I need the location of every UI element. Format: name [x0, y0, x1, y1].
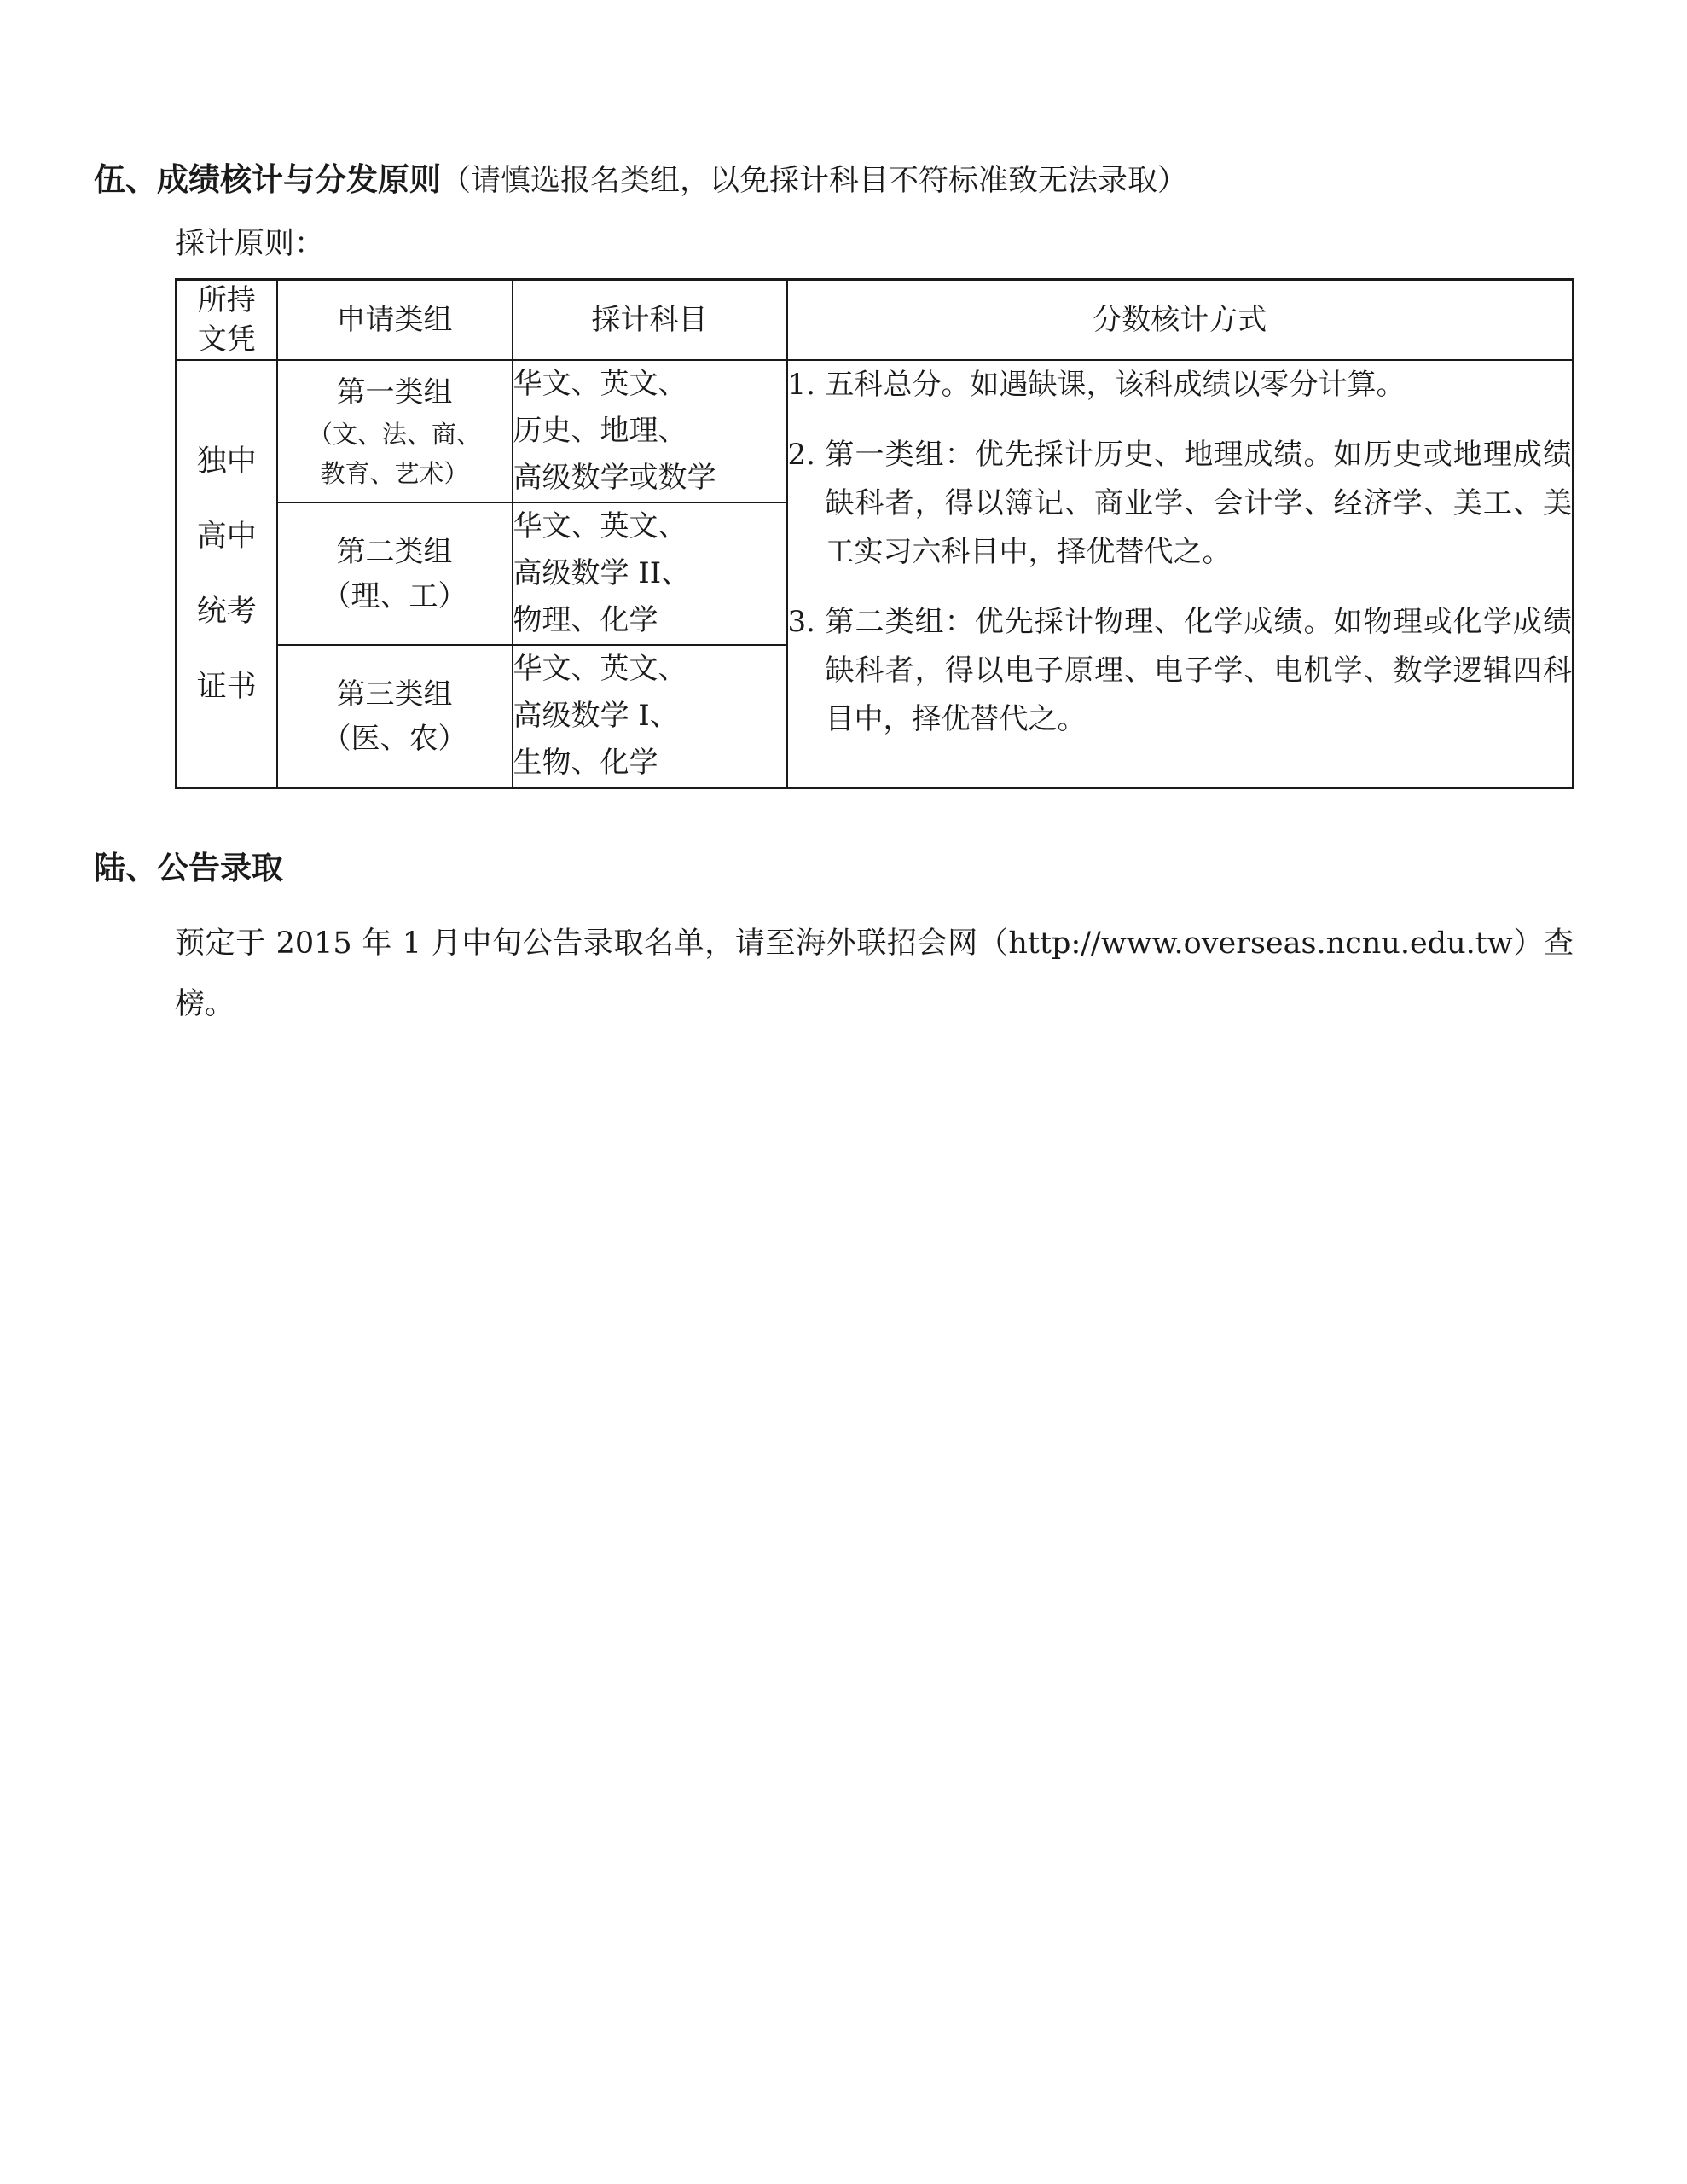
header-diploma: 所持 文凭: [177, 280, 277, 361]
diploma-cell: 独中 高中 统考 证书: [177, 360, 277, 788]
scoring-principle-label: 採计原则：: [175, 220, 1687, 263]
subjects-2-line2: 高级数学 II、: [513, 550, 786, 597]
subjects-3-line2: 高级数学 I、: [513, 693, 786, 740]
group-cell-3: 第三类组 （医、农）: [277, 645, 513, 788]
scoring-item-1-text: 五科总分。如遇缺课，该科成绩以零分计算。: [826, 361, 1573, 409]
diploma-line-3: 统考: [177, 574, 276, 649]
group-2-name: 第二类组: [278, 530, 512, 574]
subjects-cell-1: 华文、英文、 历史、地理、 高级数学或数学: [513, 360, 787, 502]
group-2-note: （理、工）: [278, 574, 512, 619]
scoring-item-2-number: 2.: [788, 431, 826, 577]
group-cell-1: 第一类组 （文、法、商、 教育、艺术）: [277, 360, 513, 502]
scoring-item-3-text: 第二类组：优先採计物理、化学成绩。如物理或化学成绩缺科者，得以电子原理、电子学、…: [826, 598, 1573, 744]
diploma-line-1: 独中: [177, 424, 276, 499]
scoring-item-3-number: 3.: [788, 598, 826, 744]
section-six-heading: 陆、公告录取: [94, 842, 1687, 888]
announcement-paragraph: 预定于 2015 年 1 月中旬公告录取名单，请至海外联招会网（http://w…: [175, 914, 1574, 1035]
subjects-1-line2: 历史、地理、: [513, 408, 786, 455]
scoring-rules-cell: 1. 五科总分。如遇缺课，该科成绩以零分计算。 2. 第一类组：优先採计历史、地…: [787, 360, 1574, 788]
subjects-3-line3: 生物、化学: [513, 740, 786, 787]
subjects-3-line1: 华文、英文、: [513, 646, 786, 693]
diploma-line-2: 高中: [177, 499, 276, 574]
group-1-note-line2: 教育、艺术）: [278, 454, 512, 493]
section-five-title: 伍、成绩核计与分发原则: [94, 160, 441, 198]
group-1-name: 第一类组: [278, 370, 512, 415]
diploma-line-4: 证书: [177, 649, 276, 724]
section-five-note: （请慎选报名类组，以免採计科目不符标准致无法录取）: [441, 164, 1187, 198]
header-subjects: 採计科目: [513, 280, 787, 361]
section-five-heading: 伍、成绩核计与分发原则（请慎选报名类组，以免採计科目不符标准致无法录取）: [94, 159, 1585, 201]
subjects-1-line3: 高级数学或数学: [513, 455, 786, 502]
header-scoring: 分数核计方式: [787, 280, 1574, 361]
header-diploma-line1: 所持: [177, 281, 276, 320]
scoring-item-2-text: 第一类组：优先採计历史、地理成绩。如历史或地理成绩缺科者，得以簿记、商业学、会计…: [826, 431, 1573, 577]
header-group: 申请类组: [277, 280, 513, 361]
group-3-name: 第三类组: [278, 672, 512, 717]
subjects-2-line3: 物理、化学: [513, 597, 786, 644]
group-3-note: （医、农）: [278, 717, 512, 761]
scoring-item-3: 3. 第二类组：优先採计物理、化学成绩。如物理或化学成绩缺科者，得以电子原理、电…: [788, 598, 1573, 744]
subjects-2-line1: 华文、英文、: [513, 503, 786, 550]
scoring-table: 所持 文凭 申请类组 採计科目 分数核计方式 独中 高中 统考 证书 第一类组 …: [175, 278, 1574, 789]
scoring-item-2: 2. 第一类组：优先採计历史、地理成绩。如历史或地理成绩缺科者，得以簿记、商业学…: [788, 431, 1573, 577]
subjects-cell-3: 华文、英文、 高级数学 I、 生物、化学: [513, 645, 787, 788]
group-1-note-line1: （文、法、商、: [278, 415, 512, 454]
header-diploma-line2: 文凭: [177, 320, 276, 359]
subjects-1-line1: 华文、英文、: [513, 361, 786, 408]
table-row-group1: 独中 高中 统考 证书 第一类组 （文、法、商、 教育、艺术） 华文、英文、 历…: [177, 360, 1574, 502]
scoring-item-1: 1. 五科总分。如遇缺课，该科成绩以零分计算。: [788, 361, 1573, 409]
scoring-item-1-number: 1.: [788, 361, 826, 409]
group-cell-2: 第二类组 （理、工）: [277, 502, 513, 645]
subjects-cell-2: 华文、英文、 高级数学 II、 物理、化学: [513, 502, 787, 645]
document-page: 伍、成绩核计与分发原则（请慎选报名类组，以免採计科目不符标准致无法录取） 採计原…: [0, 0, 1687, 2184]
table-header-row: 所持 文凭 申请类组 採计科目 分数核计方式: [177, 280, 1574, 361]
